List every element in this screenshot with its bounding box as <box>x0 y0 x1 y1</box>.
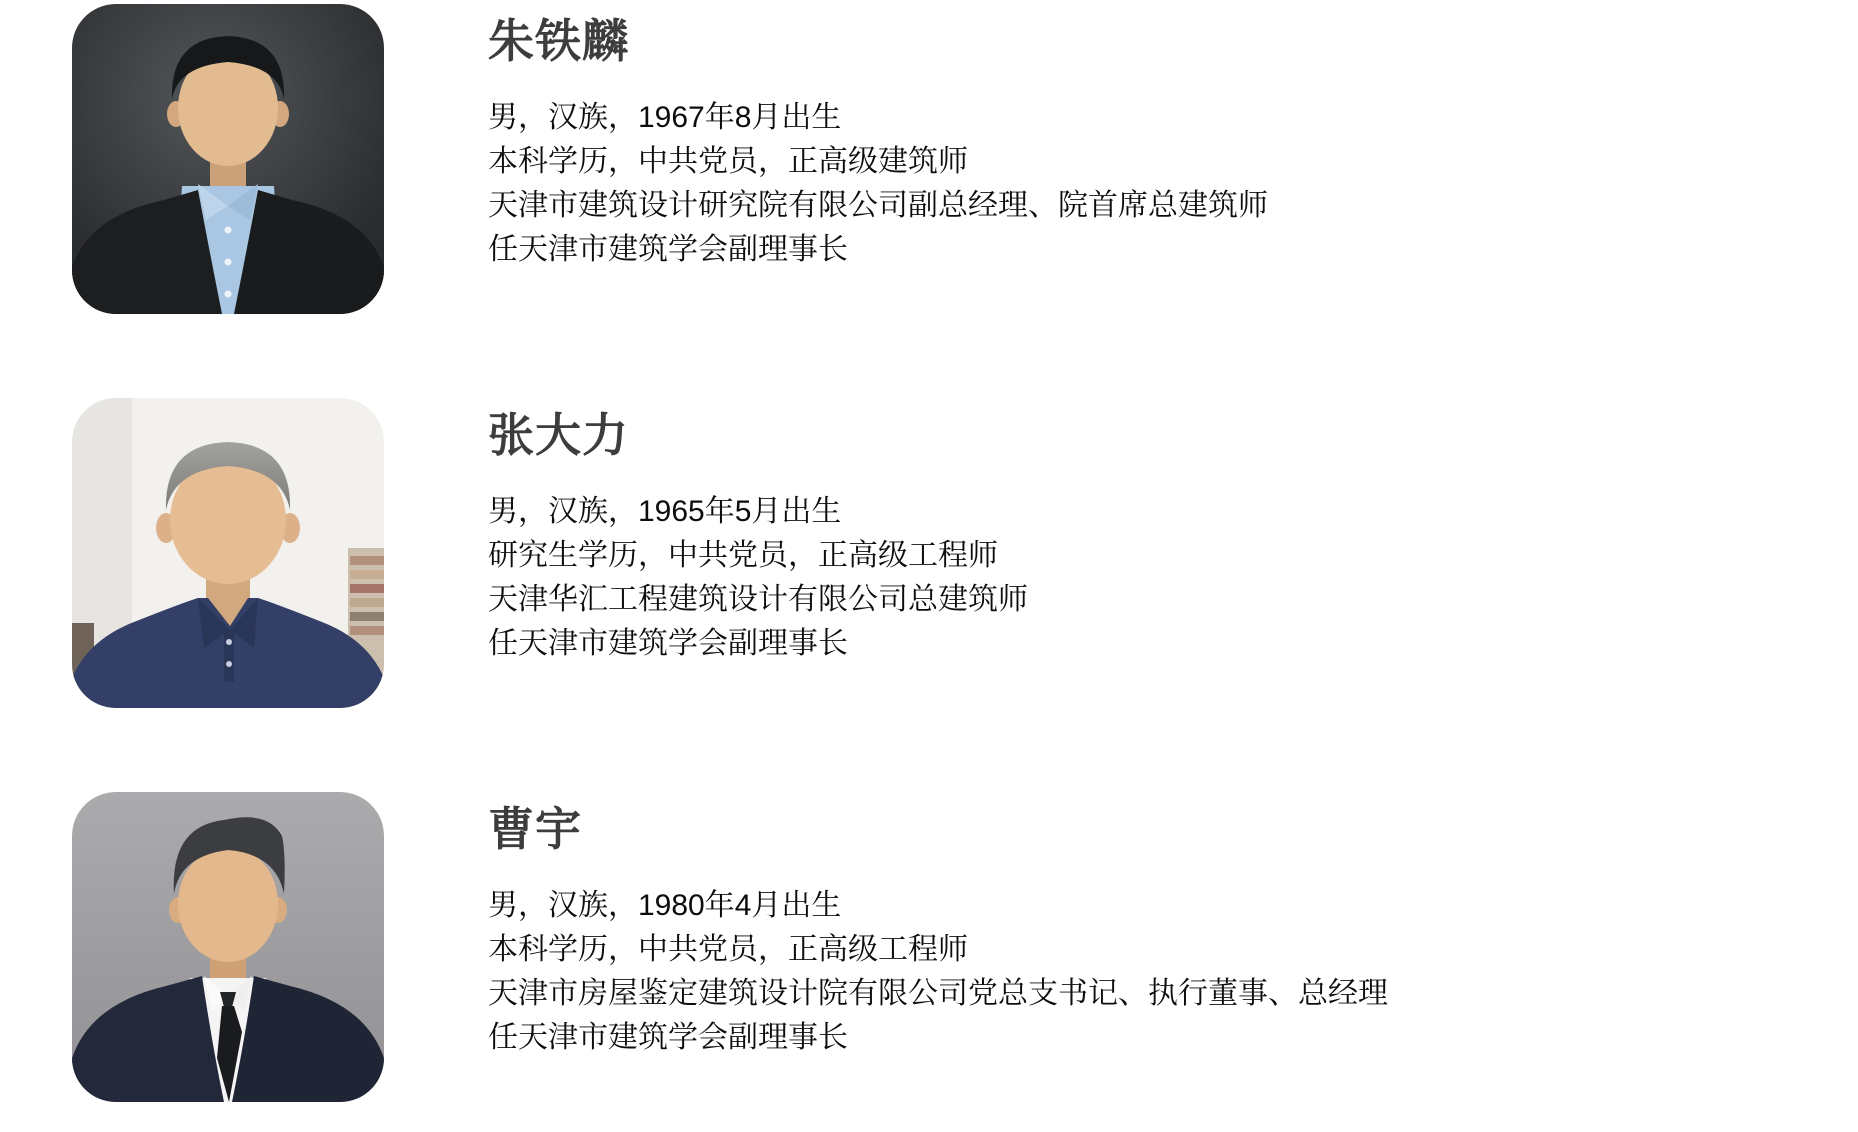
member-info: 张大力 男，汉族，1965年5月出生 研究生学历，中共党员，正高级工程师 天津华… <box>488 398 1028 666</box>
portrait-illustration-office <box>72 398 384 708</box>
member-info: 曹宇 男，汉族，1980年4月出生 本科学历，中共党员，正高级工程师 天津市房屋… <box>488 792 1388 1060</box>
bio-line: 天津华汇工程建筑设计有限公司总建筑师 <box>488 578 1028 622</box>
profile-photo <box>72 398 384 708</box>
member-card: 朱铁麟 男，汉族，1967年8月出生 本科学历，中共党员，正高级建筑师 天津市建… <box>72 4 1858 314</box>
bio-line: 本科学历，中共党员，正高级工程师 <box>488 928 1388 972</box>
member-name: 曹宇 <box>488 805 1388 853</box>
member-card: 曹宇 男，汉族，1980年4月出生 本科学历，中共党员，正高级工程师 天津市房屋… <box>72 792 1858 1102</box>
member-bio: 男，汉族，1967年8月出生 本科学历，中共党员，正高级建筑师 天津市建筑设计研… <box>488 96 1268 272</box>
bio-line: 男，汉族，1967年8月出生 <box>488 96 1268 140</box>
bio-line: 任天津市建筑学会副理事长 <box>488 622 1028 666</box>
bio-line: 天津市建筑设计研究院有限公司副总经理、院首席总建筑师 <box>488 184 1268 228</box>
bio-line: 天津市房屋鉴定建筑设计院有限公司党总支书记、执行董事、总经理 <box>488 972 1388 1016</box>
bio-line: 本科学历，中共党员，正高级建筑师 <box>488 140 1268 184</box>
bio-line: 任天津市建筑学会副理事长 <box>488 1016 1388 1060</box>
member-bio: 男，汉族，1980年4月出生 本科学历，中共党员，正高级工程师 天津市房屋鉴定建… <box>488 884 1388 1060</box>
profile-photo <box>72 4 384 314</box>
member-card: 张大力 男，汉族，1965年5月出生 研究生学历，中共党员，正高级工程师 天津华… <box>72 398 1858 708</box>
member-name: 张大力 <box>488 411 1028 459</box>
bio-line: 研究生学历，中共党员，正高级工程师 <box>488 534 1028 578</box>
member-name: 朱铁麟 <box>488 17 1268 65</box>
members-page: 朱铁麟 男，汉族，1967年8月出生 本科学历，中共党员，正高级建筑师 天津市建… <box>0 0 1858 1132</box>
bio-line: 任天津市建筑学会副理事长 <box>488 228 1268 272</box>
bio-line: 男，汉族，1965年5月出生 <box>488 490 1028 534</box>
portrait-illustration-dark-studio <box>72 4 384 314</box>
portrait-illustration-gray-backdrop <box>72 792 384 1102</box>
member-bio: 男，汉族，1965年5月出生 研究生学历，中共党员，正高级工程师 天津华汇工程建… <box>488 490 1028 666</box>
member-info: 朱铁麟 男，汉族，1967年8月出生 本科学历，中共党员，正高级建筑师 天津市建… <box>488 4 1268 272</box>
profile-photo <box>72 792 384 1102</box>
bio-line: 男，汉族，1980年4月出生 <box>488 884 1388 928</box>
